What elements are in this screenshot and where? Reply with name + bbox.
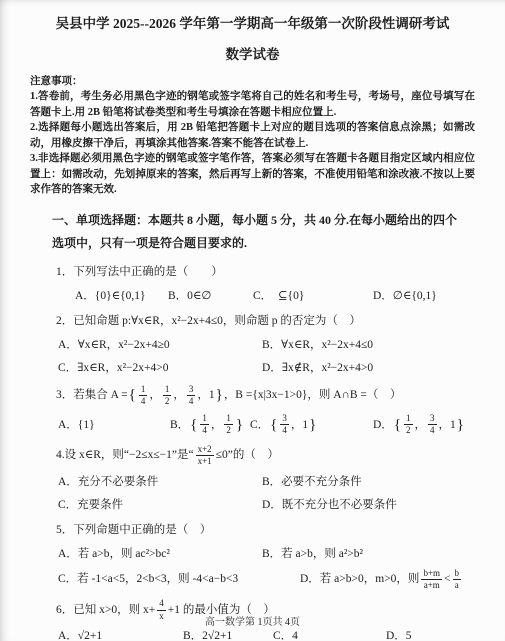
notes-section: 注意事项： 1.答卷前，考生务必用黑色字迹的钢笔或签字笔将自己的姓名和考生号，考… (30, 74, 475, 198)
frac-numerator: 4 (157, 599, 166, 610)
question-5-options-row1: A．若 a>b，则 ac²>bc² B．若 a>b，则 a²>b² (58, 546, 475, 562)
frac-numerator: 1 (163, 385, 172, 396)
frac-denominator: 2 (224, 425, 233, 435)
frac-numerator: x+2 (196, 445, 214, 456)
question-2-option-a: A．∀x∈R，x²−2x+4≥0 (58, 337, 262, 353)
fraction-b-a: ba (453, 569, 462, 591)
question-1-option-c: C． ⊆{0} (253, 288, 373, 304)
fraction-3-4: 34 (280, 414, 289, 436)
frac-numerator: b+m (421, 569, 442, 580)
question-5-option-c: C．若 -1<a<5，2<b<3，则 -4<a−b<3 (58, 571, 300, 587)
less-than-sign: < (444, 571, 451, 587)
question-5: 5．下列命题中正确的是（ ） A．若 a>b，则 ac²>bc² B．若 a>b… (30, 522, 475, 591)
question-4-stem: 4.设 x∈R，则“−2≤x≤−1”是“ x+2x+1 ≤0”的（ ） (30, 445, 475, 467)
option-label: D． (373, 417, 393, 433)
question-3: 3．若集合 A = { 14 ， 12 ， 34 ，1 } ，B ={x|3x−… (30, 385, 475, 436)
fraction-3-4: 34 (187, 385, 196, 407)
left-brace: { (394, 417, 401, 433)
question-3-options: A．{1} B． { 14 ， 12 } C． { 34 ，1 } D． { 1… (58, 414, 475, 436)
question-3-option-b: B． { 14 ， 12 } (170, 414, 250, 436)
option-label: D．若 a>b>0，m>0，则 (300, 571, 419, 587)
left-brace: { (270, 417, 277, 433)
fraction-1-2: 12 (404, 414, 413, 436)
question-3-stem-text-b: ，B ={x|3x−1>0}，则 A∩B =（ ） (224, 387, 402, 404)
question-4-option-d: D．既不充分也不必要条件 (262, 497, 397, 513)
frac-denominator: 4 (428, 425, 437, 435)
question-4-stem-text-a: 4.设 x∈R，则“−2≤x≤−1”是“ (56, 447, 194, 464)
set-tail: ，1 (197, 387, 214, 404)
question-2-option-d: D．∃x∉R，x²−2x+4>0 (262, 360, 373, 376)
frac-denominator: 2 (404, 425, 413, 435)
question-4-option-b: B．必要不充分条件 (262, 474, 362, 490)
note-item-1: 1.答卷前，考生务必用黑色字迹的钢笔或签字笔将自己的姓名和考生号，考场号，座位号… (30, 89, 475, 120)
frac-numerator: 1 (200, 414, 209, 425)
comma: ， (149, 387, 161, 404)
set-tail: ，1 (439, 417, 456, 433)
right-brace: } (309, 417, 316, 433)
exam-paper-page: 吴县中学 2025--2026 学年第一学期高一年级第一次阶段性调研考试 数学试… (0, 0, 505, 641)
frac-denominator: 4 (280, 425, 289, 435)
question-5-stem: 5．下列命题中正确的是（ ） (30, 522, 475, 539)
frac-numerator: b (453, 569, 462, 580)
page-footer: 高一数学第 1页共 4页 (0, 613, 505, 628)
question-5-option-a: A．若 a>b，则 ac²>bc² (58, 546, 262, 562)
set-tail: ，1 (291, 417, 308, 433)
option-label: C． (250, 417, 269, 433)
fraction-x2-x1: x+2x+1 (196, 445, 214, 467)
frac-denominator: 4 (200, 425, 209, 435)
frac-numerator: 3 (428, 414, 437, 425)
frac-denominator: x+1 (196, 456, 214, 466)
right-brace: } (236, 417, 243, 433)
question-6-option-b: B．2√2+1 (183, 628, 273, 641)
question-6-option-d: D．5 (386, 628, 412, 641)
comma: ， (173, 387, 185, 404)
question-4-option-a: A．充分不必要条件 (58, 474, 262, 490)
question-2-options-row1: A．∀x∈R，x²−2x+4≥0 B．∀x∈R，x²−2x+4≤0 (58, 337, 475, 353)
fraction-3-4: 34 (428, 414, 437, 436)
question-3-option-d: D． { 12 ， 34 ，1 } (373, 414, 465, 436)
question-4-stem-text-b: ≤0”的（ ） (216, 447, 279, 464)
question-3-stem: 3．若集合 A = { 14 ， 12 ， 34 ，1 } ，B ={x|3x−… (30, 385, 475, 407)
fraction-1-4: 14 (200, 414, 209, 436)
question-3-option-c: C． { 34 ，1 } (250, 414, 373, 436)
left-brace: { (129, 387, 136, 404)
frac-denominator: a (453, 580, 461, 590)
frac-numerator: 1 (139, 385, 148, 396)
fraction-1-2: 12 (163, 385, 172, 407)
question-5-option-d: D．若 a>b>0，m>0，则 b+ma+m < ba (300, 569, 463, 591)
question-2-stem: 2．已知命题 p:∀x∈R，x²−2x+4≤0，则命题 p 的否定为（ ） (30, 313, 475, 330)
comma: ， (211, 417, 223, 433)
question-1: 1．下列写法中正确的是（ ） A．{0}∈{0,1} B．0∈∅ C． ⊆{0}… (30, 264, 475, 304)
question-4: 4.设 x∈R，则“−2≤x≤−1”是“ x+2x+1 ≤0”的（ ） A．充分… (30, 445, 475, 513)
frac-numerator: 1 (404, 414, 413, 425)
question-5-option-b: B．若 a>b，则 a²>b² (262, 546, 363, 562)
right-brace: } (216, 387, 223, 404)
question-1-option-d: D．∅∈{0,1} (373, 288, 437, 304)
question-1-option-b: B．0∈∅ (168, 288, 253, 304)
question-6-option-c: C．4 (273, 628, 386, 641)
question-3-stem-text-a: 3．若集合 A = (56, 387, 128, 404)
question-2: 2．已知命题 p:∀x∈R，x²−2x+4≤0，则命题 p 的否定为（ ） A．… (30, 313, 475, 376)
note-item-2: 2.选择题每小题选出答案后，用 2B 铅笔把答题卡上对应的题目选项的答案信息点涂… (30, 120, 475, 151)
frac-numerator: 3 (280, 414, 289, 425)
question-1-stem: 1．下列写法中正确的是（ ） (30, 264, 475, 281)
question-4-options-row1: A．充分不必要条件 B．必要不充分条件 (58, 474, 475, 490)
question-2-option-b: B．∀x∈R，x²−2x+4≤0 (262, 337, 373, 353)
notes-heading: 注意事项： (30, 74, 475, 90)
frac-denominator: 4 (187, 396, 196, 406)
note-item-3: 3.非选择题必须用黑色字迹的钢笔或签字笔作答，答案必须写在答题卡各题目指定区域内… (30, 151, 475, 198)
page-title: 吴县中学 2025--2026 学年第一学期高一年级第一次阶段性调研考试 (30, 16, 475, 33)
frac-numerator: 3 (187, 385, 196, 396)
question-2-options-row2: C．∃x∈R，x²−2x+4>0 D．∃x∉R，x²−2x+4>0 (58, 360, 475, 376)
frac-denominator: 4 (139, 396, 148, 406)
question-1-option-a: A．{0}∈{0,1} (75, 288, 168, 304)
left-brace: { (190, 417, 197, 433)
fraction-1-4: 14 (139, 385, 148, 407)
question-6-option-a: A．√2+1 (58, 628, 183, 641)
exam-subtitle: 数学试卷 (30, 43, 475, 63)
section-heading-line2: 选项中，只有一项是符合题目要求的. (52, 232, 475, 255)
frac-denominator: a+m (422, 580, 442, 590)
frac-denominator: 2 (163, 396, 172, 406)
section-heading: 一、单项选择题：本题共 8 小题，每小题 5 分，共 40 分.在每小题给出的四… (30, 209, 475, 255)
question-5-options-row2: C．若 -1<a<5，2<b<3，则 -4<a−b<3 D．若 a>b>0，m>… (58, 569, 475, 591)
section-heading-line1: 一、单项选择题：本题共 8 小题，每小题 5 分，共 40 分.在每小题给出的四… (52, 209, 475, 232)
question-2-option-c: C．∃x∈R，x²−2x+4>0 (58, 360, 262, 376)
comma: ， (415, 417, 427, 433)
option-label: B． (170, 417, 189, 433)
question-3-option-a: A．{1} (58, 417, 170, 433)
fraction-bm-am: b+ma+m (421, 569, 442, 591)
question-6-options: A．√2+1 B．2√2+1 C．4 D．5 (58, 628, 475, 641)
question-4-options-row2: C．充要条件 D．既不充分也不必要条件 (58, 497, 475, 513)
question-1-options: A．{0}∈{0,1} B．0∈∅ C． ⊆{0} D．∅∈{0,1} (75, 288, 475, 304)
fraction-1-2: 12 (224, 414, 233, 436)
right-brace: } (457, 417, 464, 433)
question-4-option-c: C．充要条件 (58, 497, 262, 513)
frac-numerator: 1 (224, 414, 233, 425)
